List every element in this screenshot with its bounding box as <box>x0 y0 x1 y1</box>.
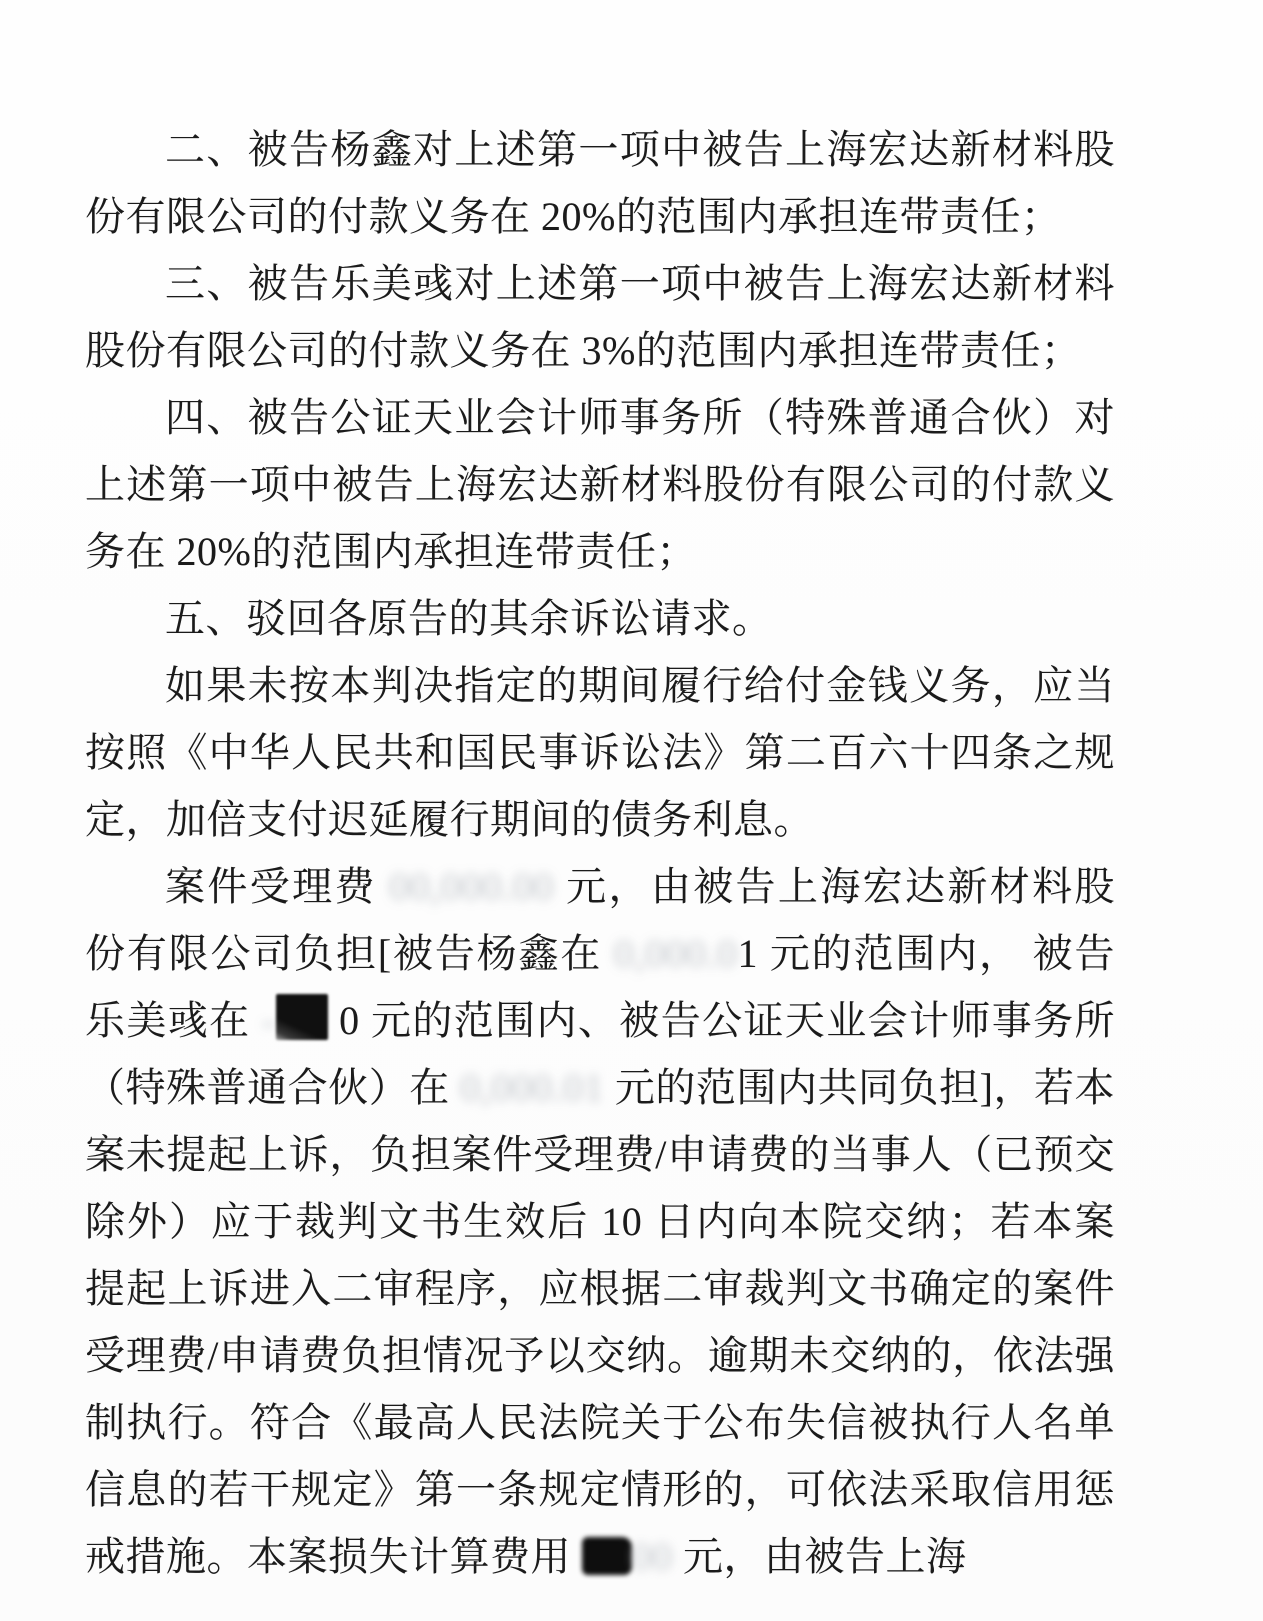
text-run: 三、被告乐美彧对上述第一项中被告上海宏达新材料股份有限公司的付款义务在 3%的范… <box>85 261 1115 373</box>
blurred-amount-redaction: - <box>262 998 276 1043</box>
court-fee-allocation: 案件受理费 00,000.00 元，由被告上海宏达新材料股份有限公司负担[被告杨… <box>85 853 1115 1590</box>
blurred-amount-redaction: 0,000.01 <box>460 1065 604 1110</box>
judgment-item-2: 二、被告杨鑫对上述第一项中被告上海宏达新材料股份有限公司的付款义务在 20%的范… <box>85 116 1115 250</box>
text-run: 四、被告公证天业会计师事务所（特殊普通合伙）对上述第一项中被告上海宏达新材料股份… <box>85 395 1115 574</box>
document-body: 二、被告杨鑫对上述第一项中被告上海宏达新材料股份有限公司的付款义务在 20%的范… <box>85 116 1115 1590</box>
text-run: 元，由被告上海 <box>673 1534 967 1579</box>
text-run: 案件受理费 <box>165 864 389 909</box>
blurred-amount-redaction: 0,000.0 <box>614 931 738 976</box>
text-run: 五、驳回各原告的其余诉讼请求。 <box>165 596 773 641</box>
scanned-judgment-page: 二、被告杨鑫对上述第一项中被告上海宏达新材料股份有限公司的付款义务在 20%的范… <box>0 0 1263 1621</box>
judgment-item-5: 五、驳回各原告的其余诉讼请求。 <box>85 585 1115 652</box>
text-run: 二、被告杨鑫对上述第一项中被告上海宏达新材料股份有限公司的付款义务在 20%的范… <box>85 127 1115 239</box>
ink-redaction-blob <box>582 1537 632 1575</box>
blurred-amount-redaction: 00,000.00 <box>389 864 554 909</box>
text-run: 元的范围内共同负担]，若本案未提起上诉，负担案件受理费/申请费的当事人（已预交除… <box>85 1065 1115 1579</box>
judgment-item-4: 四、被告公证天业会计师事务所（特殊普通合伙）对上述第一项中被告上海宏达新材料股份… <box>85 384 1115 585</box>
delayed-performance-clause: 如果未按本判决指定的期间履行给付金钱义务，应当按照《中华人民共和国民事诉讼法》第… <box>85 652 1115 853</box>
black-redaction-box <box>276 994 328 1040</box>
text-run: 如果未按本判决指定的期间履行给付金钱义务，应当按照《中华人民共和国民事诉讼法》第… <box>85 663 1115 842</box>
judgment-item-3: 三、被告乐美彧对上述第一项中被告上海宏达新材料股份有限公司的付款义务在 3%的范… <box>85 250 1115 384</box>
blurred-amount-redaction: 00 <box>632 1534 673 1579</box>
